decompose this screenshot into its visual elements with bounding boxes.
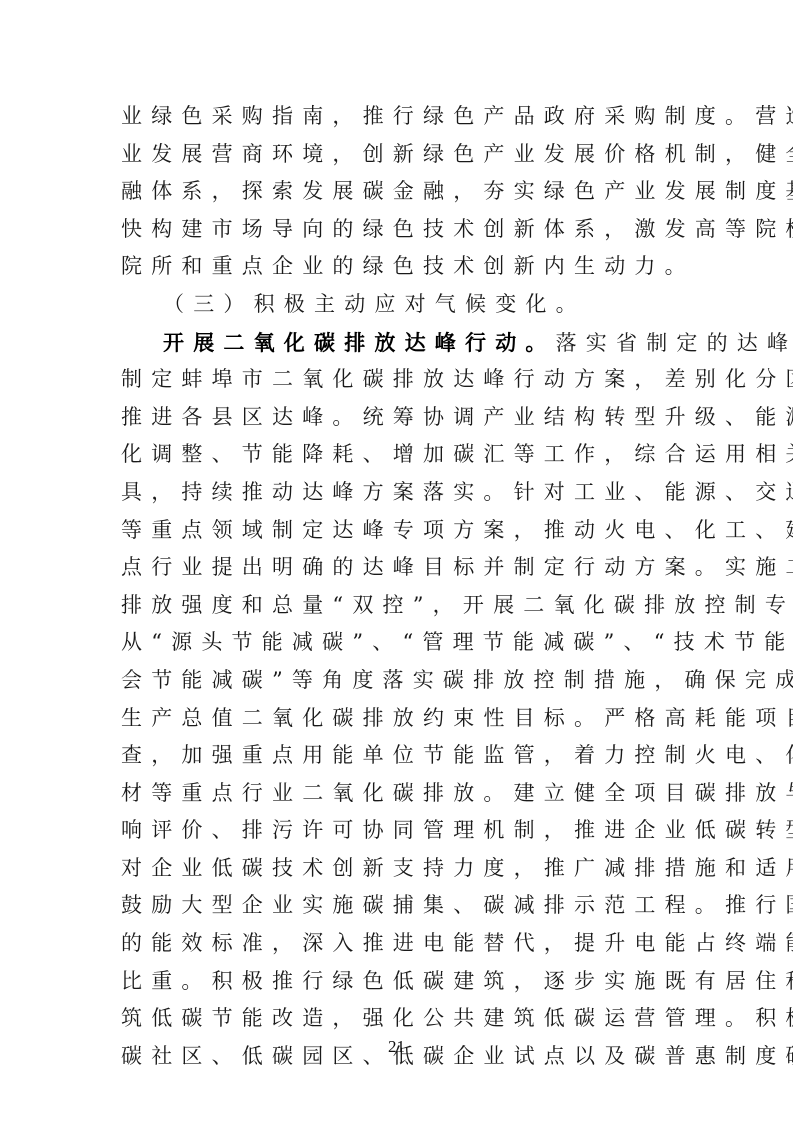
text-line: 业发展营商环境，创新绿色产业发展价格机制，健全绿色金	[121, 136, 677, 174]
paragraph-first-line-rest: 落实省制定的达峰目标，	[556, 331, 793, 355]
document-page: 业绿色采购指南，推行绿色产品政府采购制度。营造绿色产 业发展营商环境，创新绿色产…	[0, 0, 793, 1122]
section-heading: （三）积极主动应对气候变化。	[121, 286, 677, 324]
text-line: 等重点领域制定达峰专项方案，推动火电、化工、建材等重	[121, 512, 677, 550]
text-line: 推进各县区达峰。统筹协调产业结构转型升级、能源结构优	[121, 399, 677, 437]
text-line: 生产总值二氧化碳排放约束性目标。严格高耗能项目节能审	[121, 700, 677, 738]
body-text: 业绿色采购指南，推行绿色产品政府采购制度。营造绿色产 业发展营商环境，创新绿色产…	[121, 98, 677, 1075]
text-line: 会节能减碳”等角度落实碳排放控制措施，确保完成单位地区	[121, 662, 677, 700]
paragraph-first-line: 开展二氧化碳排放达峰行动。落实省制定的达峰目标，	[121, 324, 677, 362]
text-line: 制定蚌埠市二氧化碳排放达峰行动方案，差别化分区域分步	[121, 361, 677, 399]
text-line: 筑低碳节能改造，强化公共建筑低碳运营管理。积极开展低	[121, 1000, 677, 1038]
text-line: 查，加强重点用能单位节能监管，着力控制火电、化工、建	[121, 737, 677, 775]
text-line: 对企业低碳技术创新支持力度，推广减排措施和适用技术，	[121, 850, 677, 888]
paragraph-bold-lead: 开展二氧化碳排放达峰行动。	[163, 330, 556, 355]
text-line: 快构建市场导向的绿色技术创新体系，激发高等院校、科研	[121, 211, 677, 249]
text-line: 鼓励大型企业实施碳捕集、碳减排示范工程。推行国际先进	[121, 887, 677, 925]
text-line: 化调整、节能降耗、增加碳汇等工作，综合运用相关政策工	[121, 436, 677, 474]
text-line: 排放强度和总量“双控”，开展二氧化碳排放控制专项行动，	[121, 587, 677, 625]
text-line: 从“源头节能减碳”、“管理节能减碳”、“技术节能减碳”、“社	[121, 624, 677, 662]
page-number: 21	[0, 1037, 793, 1057]
text-line: 点行业提出明确的达峰目标并制定行动方案。实施二氧化碳	[121, 549, 677, 587]
text-line: 比重。积极推行绿色低碳建筑，逐步实施既有居住和公共建	[121, 963, 677, 1001]
text-line: 业绿色采购指南，推行绿色产品政府采购制度。营造绿色产	[121, 98, 677, 136]
text-line: 具，持续推动达峰方案落实。针对工业、能源、交通、建筑	[121, 474, 677, 512]
text-line: 院所和重点企业的绿色技术创新内生动力。	[121, 248, 677, 286]
text-line: 的能效标准，深入推进电能替代，提升电能占终端能源消费	[121, 925, 677, 963]
text-line: 融体系，探索发展碳金融，夯实绿色产业发展制度基础。加	[121, 173, 677, 211]
text-line: 材等重点行业二氧化碳排放。建立健全项目碳排放与环境影	[121, 775, 677, 813]
text-line: 响评价、排污许可协同管理机制，推进企业低碳转型。加大	[121, 812, 677, 850]
